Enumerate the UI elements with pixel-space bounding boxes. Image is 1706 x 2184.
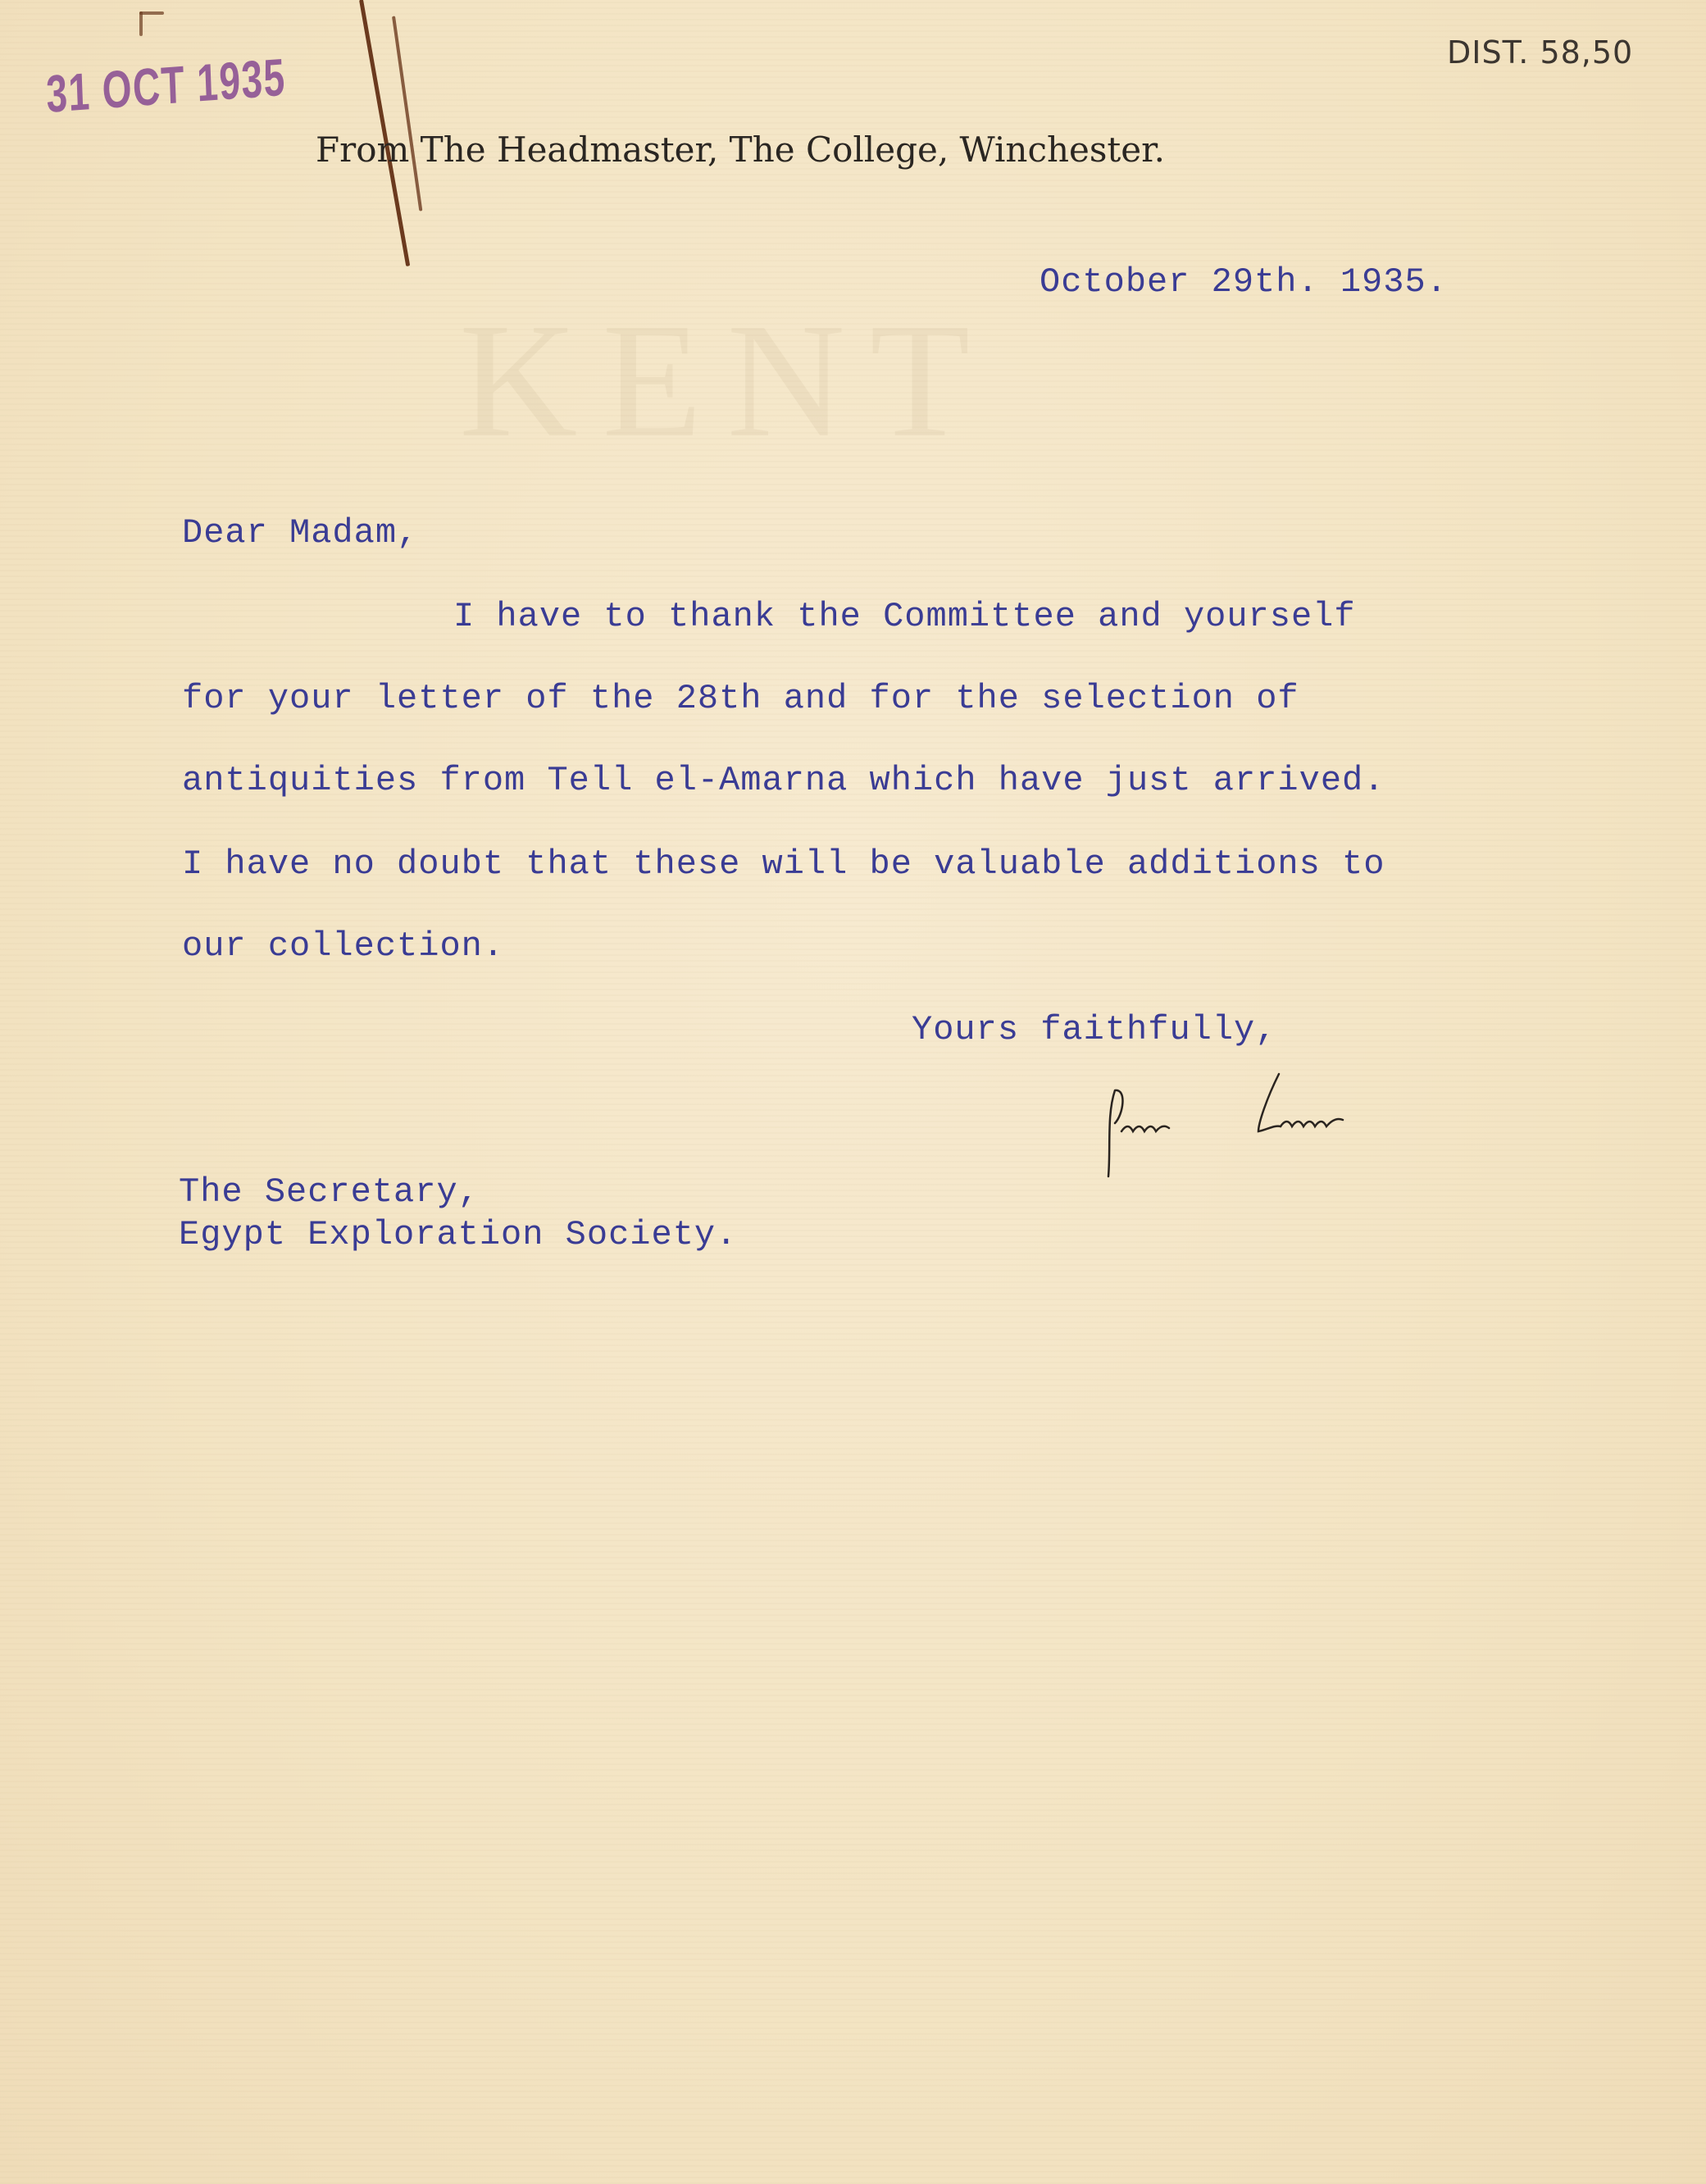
rust-mark <box>139 11 164 15</box>
recipient-line: Egypt Exploration Society. <box>179 1215 737 1254</box>
letter-date: October 29th. 1935. <box>1040 262 1448 302</box>
body-line: I have to thank the Committee and yourse… <box>453 597 1356 636</box>
reference-note: DIST. 58,50 <box>1447 34 1633 71</box>
salutation: Dear Madam, <box>182 513 418 553</box>
signature <box>1090 1066 1402 1181</box>
letterhead: From The Headmaster, The College, Winche… <box>316 130 1165 170</box>
body-line: I have no doubt that these will be valua… <box>182 844 1385 884</box>
paper-watermark: KENT <box>459 287 994 475</box>
body-line: our collection. <box>182 926 504 966</box>
closing: Yours faithfully, <box>912 1010 1276 1049</box>
recipient-line: The Secretary, <box>179 1172 480 1212</box>
rust-mark <box>139 11 143 36</box>
body-line: for your letter of the 28th and for the … <box>182 679 1299 718</box>
body-line: antiquities from Tell el-Amarna which ha… <box>182 761 1385 800</box>
